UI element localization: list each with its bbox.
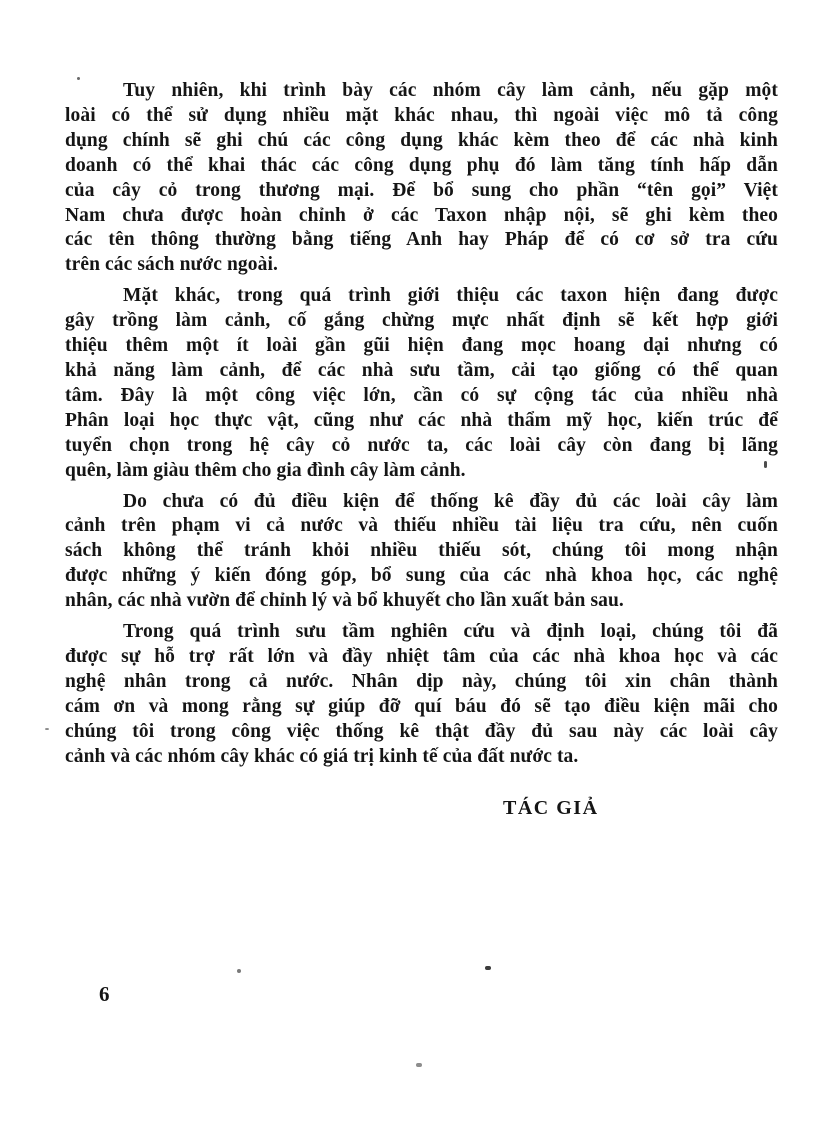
text-line: cảnh và các nhóm cây khác có giá trị kin… (65, 745, 778, 770)
text-line: khả năng làm cảnh, để các nhà sưu tầm, c… (65, 359, 778, 384)
paragraph-3: Do chưa có đủ điều kiện để thống kê đầy … (65, 490, 778, 615)
text-line: trên các sách nước ngoài. (65, 253, 778, 278)
page-number: 6 (99, 982, 110, 1007)
scan-speck (77, 77, 80, 80)
scan-speck (45, 728, 49, 730)
text-line: quên, làm giàu thêm cho gia đình cây làm… (65, 459, 778, 484)
text-line: nghệ nhân trong cả nước. Nhân dịp này, c… (65, 670, 778, 695)
text-line: chúng tôi trong công việc thống kê thật … (65, 720, 778, 745)
text-line: được sự hỗ trợ rất lớn và đầy nhiệt tâm … (65, 645, 778, 670)
text-line: các tên thông thường bằng tiếng Anh hay … (65, 228, 778, 253)
text-line: tuyển chọn trong hệ cây cỏ nước ta, các … (65, 434, 778, 459)
text-line: doanh có thể khai thác các công dụng phụ… (65, 154, 778, 179)
text-line: Phân loại học thực vật, cũng như các nhà… (65, 409, 778, 434)
text-line: gây trồng làm cảnh, cố gắng chừng mực nh… (65, 309, 778, 334)
paragraph-4: Trong quá trình sưu tầm nghiên cứu và đị… (65, 620, 778, 769)
text-line: Trong quá trình sưu tầm nghiên cứu và đị… (65, 620, 778, 645)
text-line: Mặt khác, trong quá trình giới thiệu các… (65, 284, 778, 309)
scan-speck (237, 969, 241, 973)
paragraph-1: Tuy nhiên, khi trình bày các nhóm cây là… (65, 79, 778, 278)
text-line: tâm. Đây là một công việc lớn, cần có sự… (65, 384, 778, 409)
scanned-book-page: Tuy nhiên, khi trình bày các nhóm cây là… (0, 0, 816, 1123)
text-line: Nam chưa được hoàn chỉnh ở các Taxon nhậ… (65, 204, 778, 229)
page-text-block: Tuy nhiên, khi trình bày các nhóm cây là… (65, 79, 778, 823)
text-line: Do chưa có đủ điều kiện để thống kê đầy … (65, 490, 778, 515)
text-line: sách không thể tránh khỏi nhiều thiếu só… (65, 539, 778, 564)
author-signature: TÁC GIẢ (503, 797, 599, 820)
signature-row: TÁC GIẢ (65, 797, 778, 823)
text-line: cám ơn và mong rằng sự giúp đỡ quí báu đ… (65, 695, 778, 720)
text-line: thiệu thêm một ít loài gần gũi hiện đang… (65, 334, 778, 359)
paragraph-2: Mặt khác, trong quá trình giới thiệu các… (65, 284, 778, 483)
text-line: dụng chính sẽ ghi chú các công dụng khác… (65, 129, 778, 154)
scan-speck (485, 966, 491, 970)
text-line: được những ý kiến đóng góp, bổ sung của … (65, 564, 778, 589)
text-line: nhân, các nhà vườn để chỉnh lý và bổ khu… (65, 589, 778, 614)
text-line: Tuy nhiên, khi trình bày các nhóm cây là… (65, 79, 778, 104)
text-line: cảnh trên phạm vi cả nước và thiếu nhiều… (65, 514, 778, 539)
text-line: của cây cỏ trong thương mại. Để bổ sung … (65, 179, 778, 204)
text-line: loài có thể sử dụng nhiều mặt khác nhau,… (65, 104, 778, 129)
scan-speck (764, 461, 767, 468)
scan-speck (416, 1063, 422, 1067)
